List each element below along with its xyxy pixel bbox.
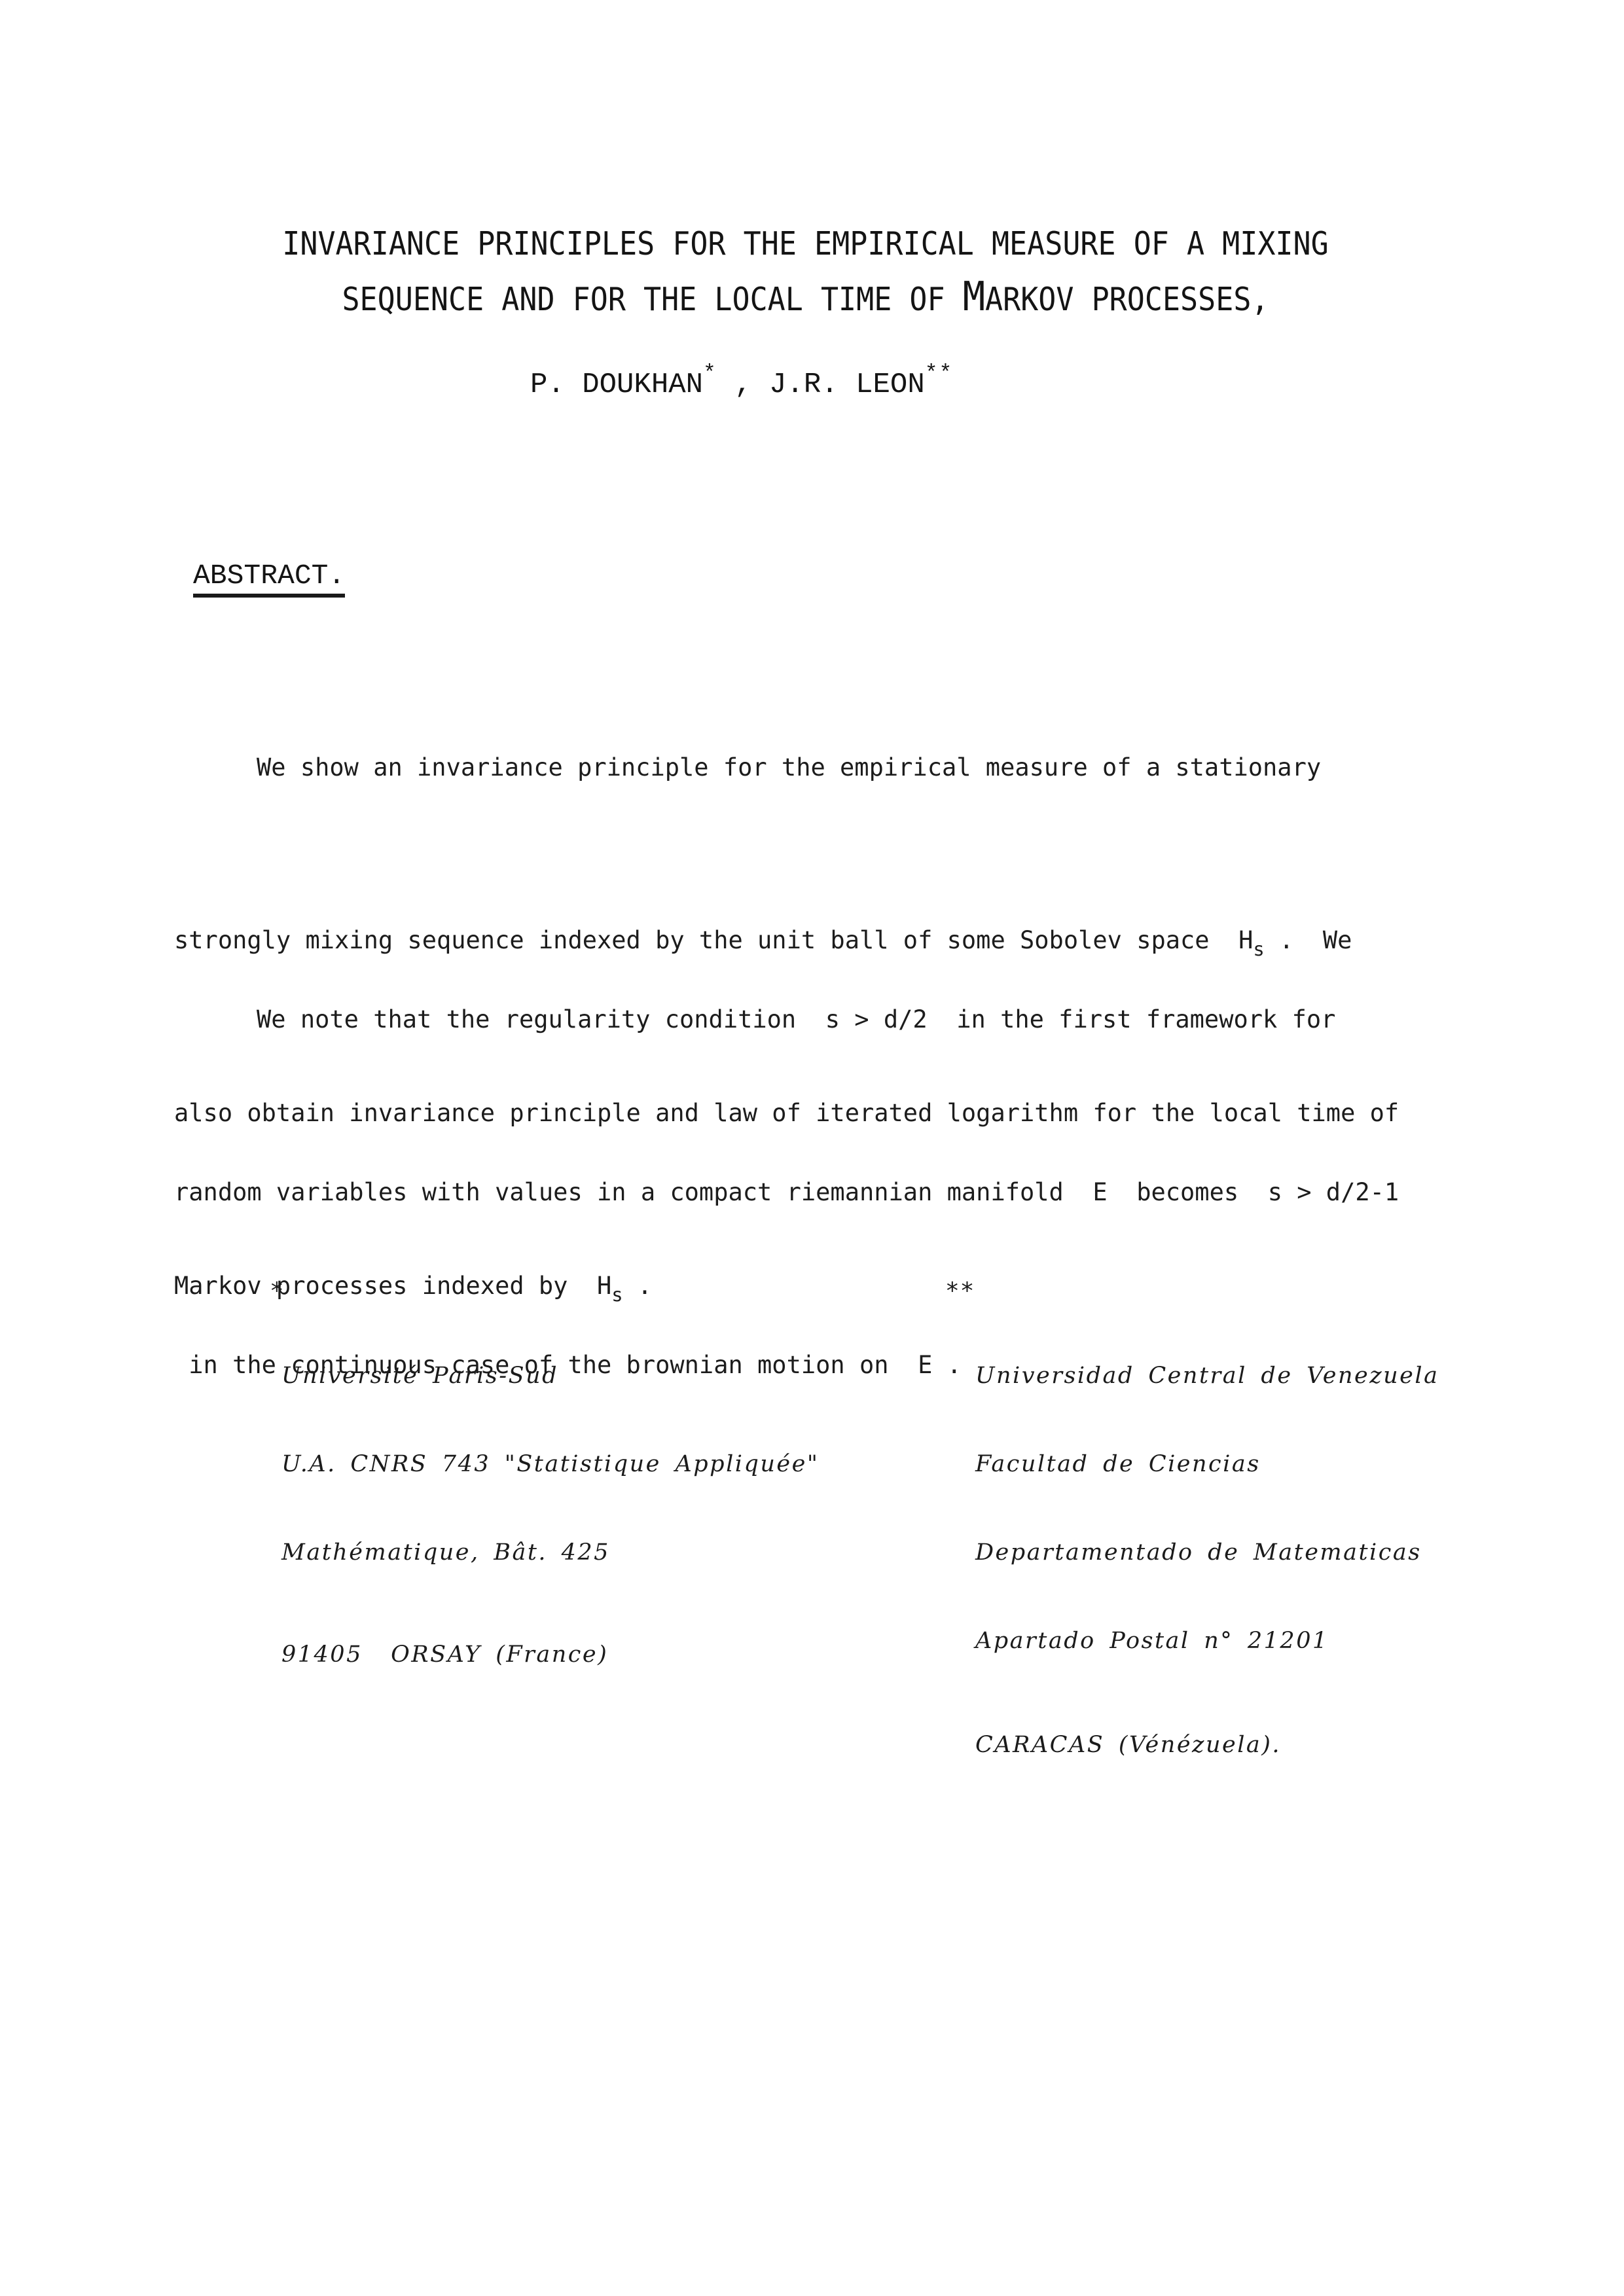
author-separator: ,: [717, 368, 769, 401]
footnote-marker-single-star: *: [270, 1280, 819, 1302]
affiliation-line: Facultad de Ciencias: [945, 1450, 1439, 1479]
abstract-p2-line-1: We note that the regularity condition s …: [174, 991, 1399, 1049]
affiliation-line: U.A. CNRS 743 "Statistique Appliquée": [270, 1450, 819, 1479]
author-1-footnote-mark: *: [703, 361, 717, 386]
footnote-affiliation-doukhan: * Université Paris-Sud U.A. CNRS 743 "St…: [270, 1221, 819, 1729]
title-line2-rest: ARKOV PROCESSES,: [985, 281, 1269, 318]
affiliation-line: Mathématique, Bât. 425: [270, 1538, 819, 1568]
affiliation-line: Université Paris-Sud: [270, 1361, 819, 1391]
abstract-p1-line-1: We show an invariance principle for the …: [174, 739, 1399, 797]
affiliation-city-line: CARACAS (Vénézuela).: [945, 1731, 1439, 1760]
abstract-heading: ABSTRACT.: [193, 562, 345, 598]
paper-title-line-1: INVARIANCE PRINCIPLES FOR THE EMPIRICAL …: [0, 228, 1611, 260]
scanned-paper-page: INVARIANCE PRINCIPLES FOR THE EMPIRICAL …: [0, 0, 1624, 2296]
paper-title-line-2: SEQUENCE AND FOR THE LOCAL TIME OF MARKO…: [0, 282, 1611, 317]
author-2-footnote-mark: **: [925, 361, 954, 386]
affiliation-line: Apartado Postal n° 21201: [945, 1626, 1439, 1656]
abstract-p2-line-2: random variables with values in a compac…: [174, 1164, 1399, 1221]
affiliation-line: Departamentado de Matematicas: [945, 1538, 1439, 1568]
footnote-marker-double-star: **: [945, 1280, 1439, 1302]
author-1: P. DOUKHAN: [530, 368, 703, 401]
author-2: J.R. LEON: [769, 368, 925, 401]
author-line: P. DOUKHAN* , J.R. LEON**: [530, 370, 953, 401]
affiliation-city-line: 91405 ORSAY (France): [270, 1640, 819, 1670]
title-markov-initial: M: [963, 274, 985, 320]
affiliation-line: Universidad Central de Venezuela: [945, 1361, 1439, 1391]
footnote-affiliation-leon: ** Universidad Central de Venezuela Facu…: [945, 1221, 1439, 1819]
title-line2-pre: SEQUENCE AND FOR THE LOCAL TIME OF: [342, 281, 962, 318]
